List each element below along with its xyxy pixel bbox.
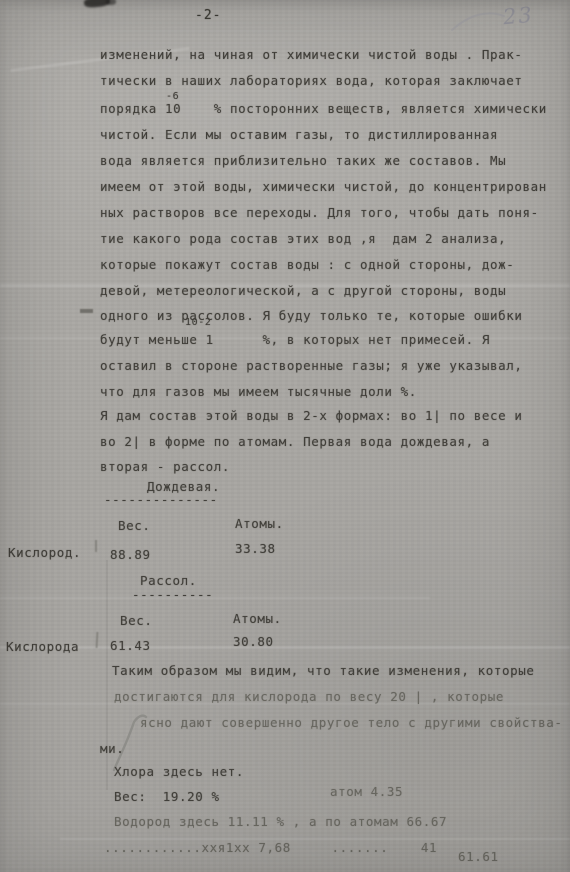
text-line: которые покажут состав воды : с одной ст…	[100, 259, 514, 272]
value-oxygen-weight-brine: 61.43	[110, 640, 151, 653]
text-line: будут меньше 1 %, в которых нет примесей…	[100, 334, 490, 347]
text-line: ............ххя1хх 7,68 ....... 41	[104, 842, 437, 855]
value-oxygen-atoms-rain: 33.38	[235, 543, 276, 556]
text-line: изменений, на чиная от химически чистой …	[100, 49, 523, 62]
text-line: Вес: 19.20 %	[114, 791, 220, 804]
value-oxygen-atoms-brine: 30.80	[233, 636, 274, 649]
handwritten-page-number: 23	[502, 3, 535, 30]
text-line: вода является приблизительно таких же со…	[100, 155, 506, 168]
stray-typewriter-tick	[95, 540, 97, 552]
text-line: оставил в стороне растворенные газы; я у…	[100, 360, 523, 373]
text-line: вторая - рассол.	[100, 461, 230, 474]
text-line: одного из рассолов. Я буду только те, ко…	[100, 310, 523, 323]
text-line: атом 4.35	[330, 786, 403, 799]
text-line: имеем от этой воды, химически чистой, до…	[100, 181, 547, 194]
text-line: что для газов мы имеем тысячные доли %.	[100, 386, 417, 399]
text-line: ных растворов все переходы. Для того, чт…	[100, 207, 539, 220]
ink-smudge	[106, 0, 116, 5]
column-header-weight: Вес.	[120, 615, 153, 628]
pencil-arc	[448, 6, 508, 36]
text-line: Хлора здесь нет.	[114, 766, 244, 779]
row-label-oxygen: Кислорода	[6, 641, 79, 654]
scan-streak	[0, 597, 430, 599]
ink-smudge	[84, 0, 111, 8]
text-line: тически в наших лабораториях вода, котор…	[100, 75, 523, 88]
text-line: девой, метереологической, а с другой сто…	[100, 285, 506, 298]
text-line: тие какого рода состав этих вод ,я дам 2…	[100, 233, 506, 246]
dashed-underline: --------------	[104, 494, 218, 507]
text-line: 61.61	[458, 851, 499, 864]
text-line: чистой. Если мы оставим газы, то дистилл…	[100, 129, 498, 142]
superscript-exponent: 10-2	[185, 318, 211, 328]
dashed-underline: ----------	[132, 589, 213, 602]
row-label-oxygen: Кислород.	[8, 547, 81, 560]
margin-mark	[80, 309, 93, 313]
text-line: Таким образом мы видим, что такие измене…	[112, 665, 535, 678]
text-line: порядка 10 % посторонних веществ, являет…	[100, 103, 547, 116]
text-line: Я дам состав этой воды в 2-х формах: во …	[100, 410, 523, 423]
text-line: ясно дают совершенно другое тело с други…	[140, 717, 563, 730]
table-title-brine: Рассол.	[140, 575, 197, 588]
text-line: Водород здесь 11.11 % , а по атомам 66.6…	[114, 816, 447, 829]
column-header-atoms: Атомы.	[233, 613, 282, 626]
text-line: ми.	[100, 743, 124, 756]
stray-typewriter-tick	[96, 632, 99, 648]
column-header-weight: Вес.	[118, 520, 151, 533]
text-line: достигаются для кислорода по весу 20 | ,…	[114, 691, 504, 704]
column-header-atoms: Атомы.	[235, 518, 284, 531]
page-number: -2-	[195, 8, 221, 23]
scanned-document-page: -2- 23 изменений, на чиная от химически …	[0, 0, 570, 872]
text-line: во 2| в форме по атомам. Первая вода дож…	[100, 436, 490, 449]
value-oxygen-weight-rain: 88.89	[110, 549, 151, 562]
scan-streak	[0, 646, 570, 649]
